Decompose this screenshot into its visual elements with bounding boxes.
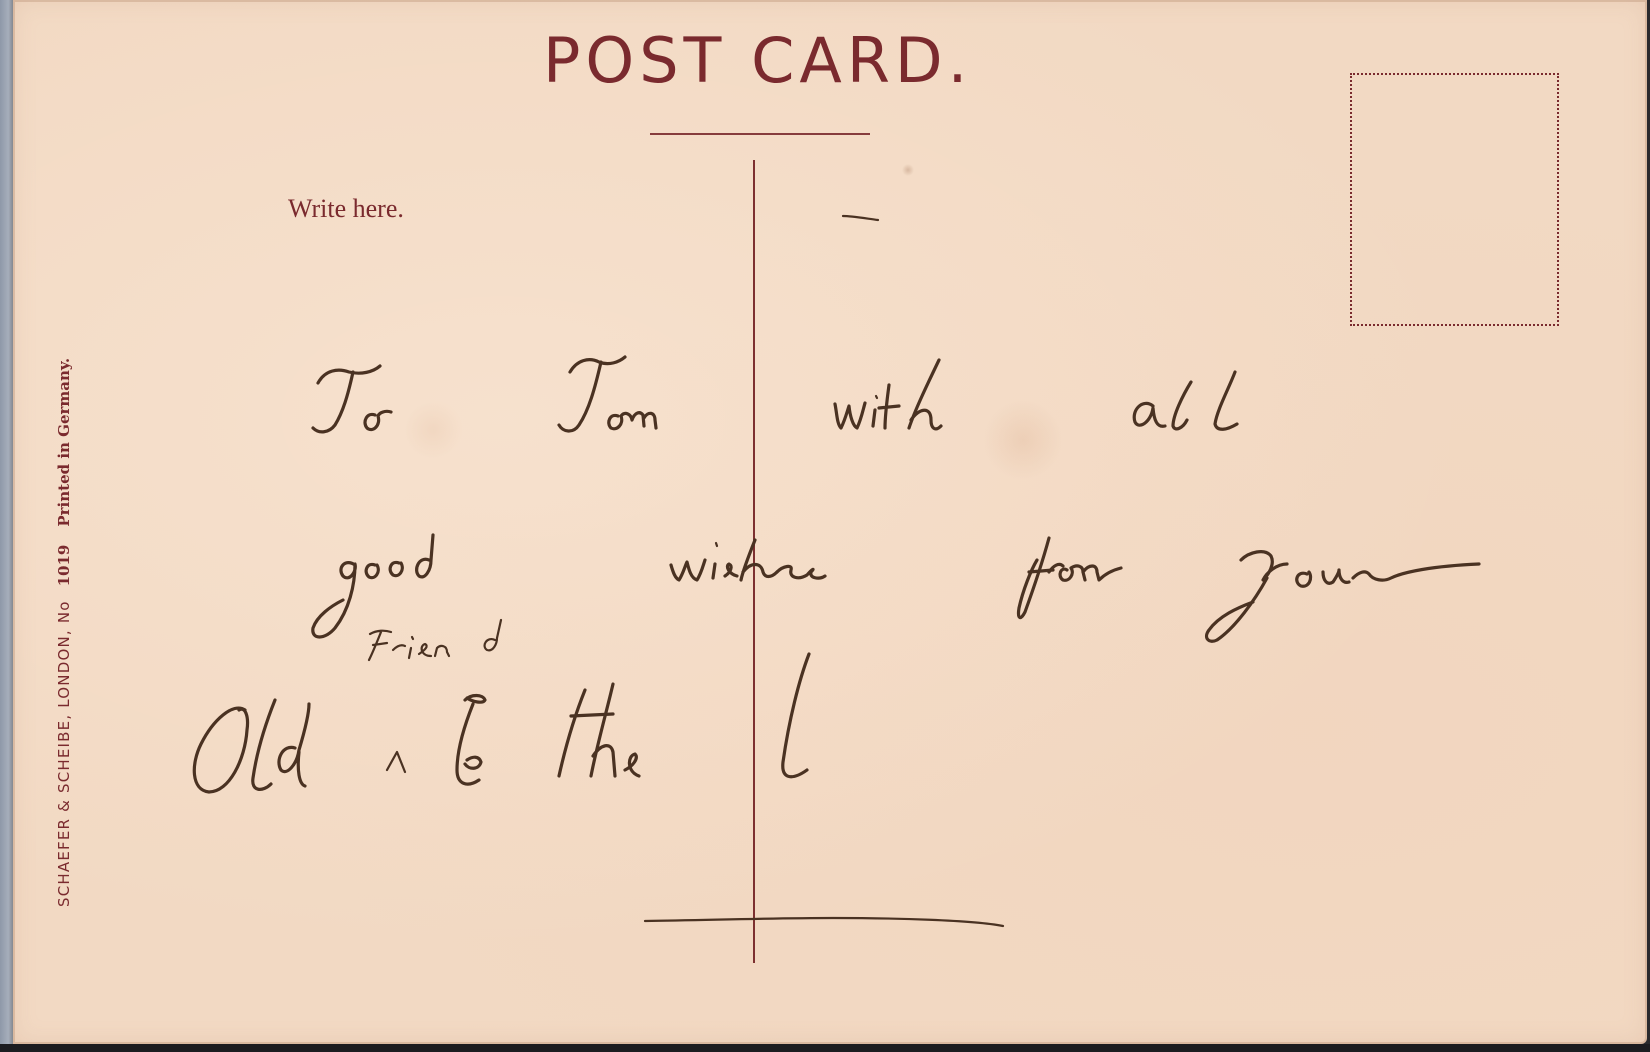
message-signature-line: Old ^ Ethel: [173, 690, 589, 772]
scan-left-edge: [0, 0, 14, 1052]
imprint-printed-in: Printed in Germany.: [55, 358, 73, 527]
title-underline: [650, 133, 870, 135]
pencil-underline: [645, 918, 1003, 926]
handwriting-line-3-signature: [194, 654, 809, 792]
message-insert-friend: Friend: [358, 620, 452, 653]
handwriting-line-1: [313, 357, 1237, 432]
handwriting-line-2: [313, 535, 1479, 641]
publisher-imprint: SCHAEFER & SCHEIBE, LONDON, No 1019 Prin…: [57, 358, 73, 907]
message-line-1: To Tom with all: [303, 360, 768, 430]
imprint-number: 1019: [55, 545, 73, 587]
imprint-publisher: SCHAEFER & SCHEIBE, LONDON, No: [55, 600, 73, 907]
postcard-back: POST CARD. SCHAEFER & SCHEIBE, LONDON, N…: [13, 0, 1647, 1044]
message-line-2: good wishes from your: [303, 530, 997, 600]
stamp-placeholder-box: [1350, 73, 1559, 326]
post-card-title: POST CARD.: [543, 30, 972, 92]
scan-bottom-edge: [0, 1044, 1650, 1052]
handwriting-insert-friend: [369, 620, 501, 660]
message-address-divider: [753, 160, 755, 963]
write-here-label: Write here.: [288, 196, 404, 222]
small-ink-dash: [843, 216, 878, 220]
